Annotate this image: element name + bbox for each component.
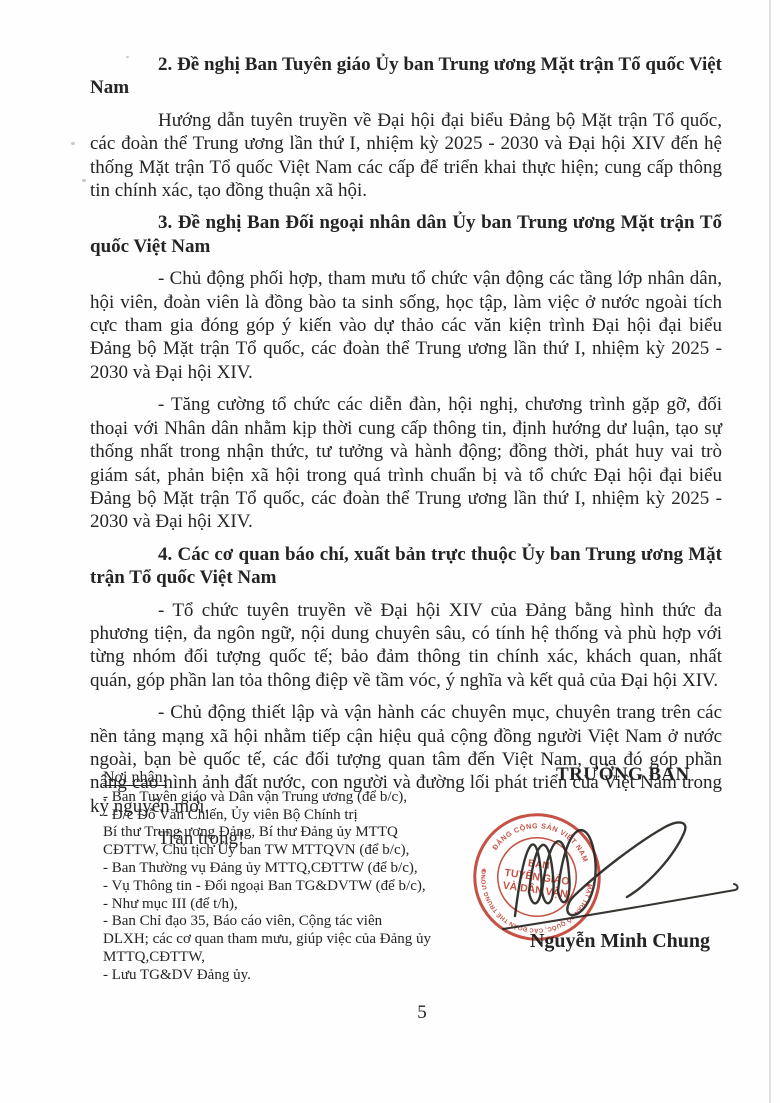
scan-speck (71, 142, 75, 145)
recipient-line: - Ban Tuyên giáo và Dân vận Trung ương (… (103, 789, 481, 807)
scan-speck (82, 179, 86, 182)
signer-name: Nguyễn Minh Chung (515, 930, 725, 953)
recipient-line: - Như mục III (để t/h), (103, 896, 481, 914)
page-number: 5 (402, 1002, 442, 1024)
recipient-line: - Ban Thường vụ Đảng ủy MTTQ,CĐTTW (để b… (103, 860, 481, 878)
recipients-block: Nơi nhận: - Ban Tuyên giáo và Dân vận Tr… (103, 769, 481, 985)
section-4-paragraph: - Tổ chức tuyên truyền về Đại hội XIV củ… (90, 599, 722, 693)
signature-autograph (497, 804, 749, 946)
recipient-line: MTTQ,CĐTTW, (103, 949, 481, 967)
section-3-paragraph: - Tăng cường tổ chức các diễn đàn, hội n… (90, 393, 722, 533)
scan-edge-line (769, 0, 771, 1103)
signer-role-title: TRƯỞNG BAN (556, 764, 690, 786)
recipient-line: CĐTTW, Chủ tịch Ủy ban TW MTTQVN (để b/c… (103, 842, 481, 860)
section-2-paragraph: Hướng dẫn tuyên truyền về Đại hội đại bi… (90, 109, 722, 203)
recipient-line: - Lưu TG&DV Đảng ủy. (103, 967, 481, 985)
signature-stroke (515, 822, 685, 916)
recipient-line: DLXH; các cơ quan tham mưu, giúp việc củ… (103, 931, 481, 949)
section-4-heading: 4. Các cơ quan báo chí, xuất bản trực th… (90, 543, 722, 590)
recipients-title: Nơi nhận: (103, 769, 481, 787)
signature-underline-stroke (503, 884, 738, 929)
section-3-paragraph: - Chủ động phối hợp, tham mưu tổ chức vậ… (90, 267, 722, 384)
recipient-line: - Vụ Thông tin - Đối ngoại Ban TG&DVTW (… (103, 878, 481, 896)
section-3-heading: 3. Đề nghị Ban Đối ngoại nhân dân Ủy ban… (90, 211, 722, 258)
document-page: 2. Đề nghị Ban Tuyên giáo Ủy ban Trung ư… (0, 0, 780, 1103)
recipient-line: Bí thư Trung ương Đảng, Bí thư Đảng ủy M… (103, 824, 481, 842)
recipient-line: - Ban Chỉ đạo 35, Báo cáo viên, Cộng tác… (103, 913, 481, 931)
star-icon: ★ (480, 866, 487, 875)
section-2-heading: 2. Đề nghị Ban Tuyên giáo Ủy ban Trung ư… (90, 53, 722, 100)
document-body: 2. Đề nghị Ban Tuyên giáo Ủy ban Trung ư… (90, 53, 722, 860)
recipient-line: - Đ/c Đỗ Văn Chiến, Ủy viên Bộ Chính trị (103, 807, 481, 825)
